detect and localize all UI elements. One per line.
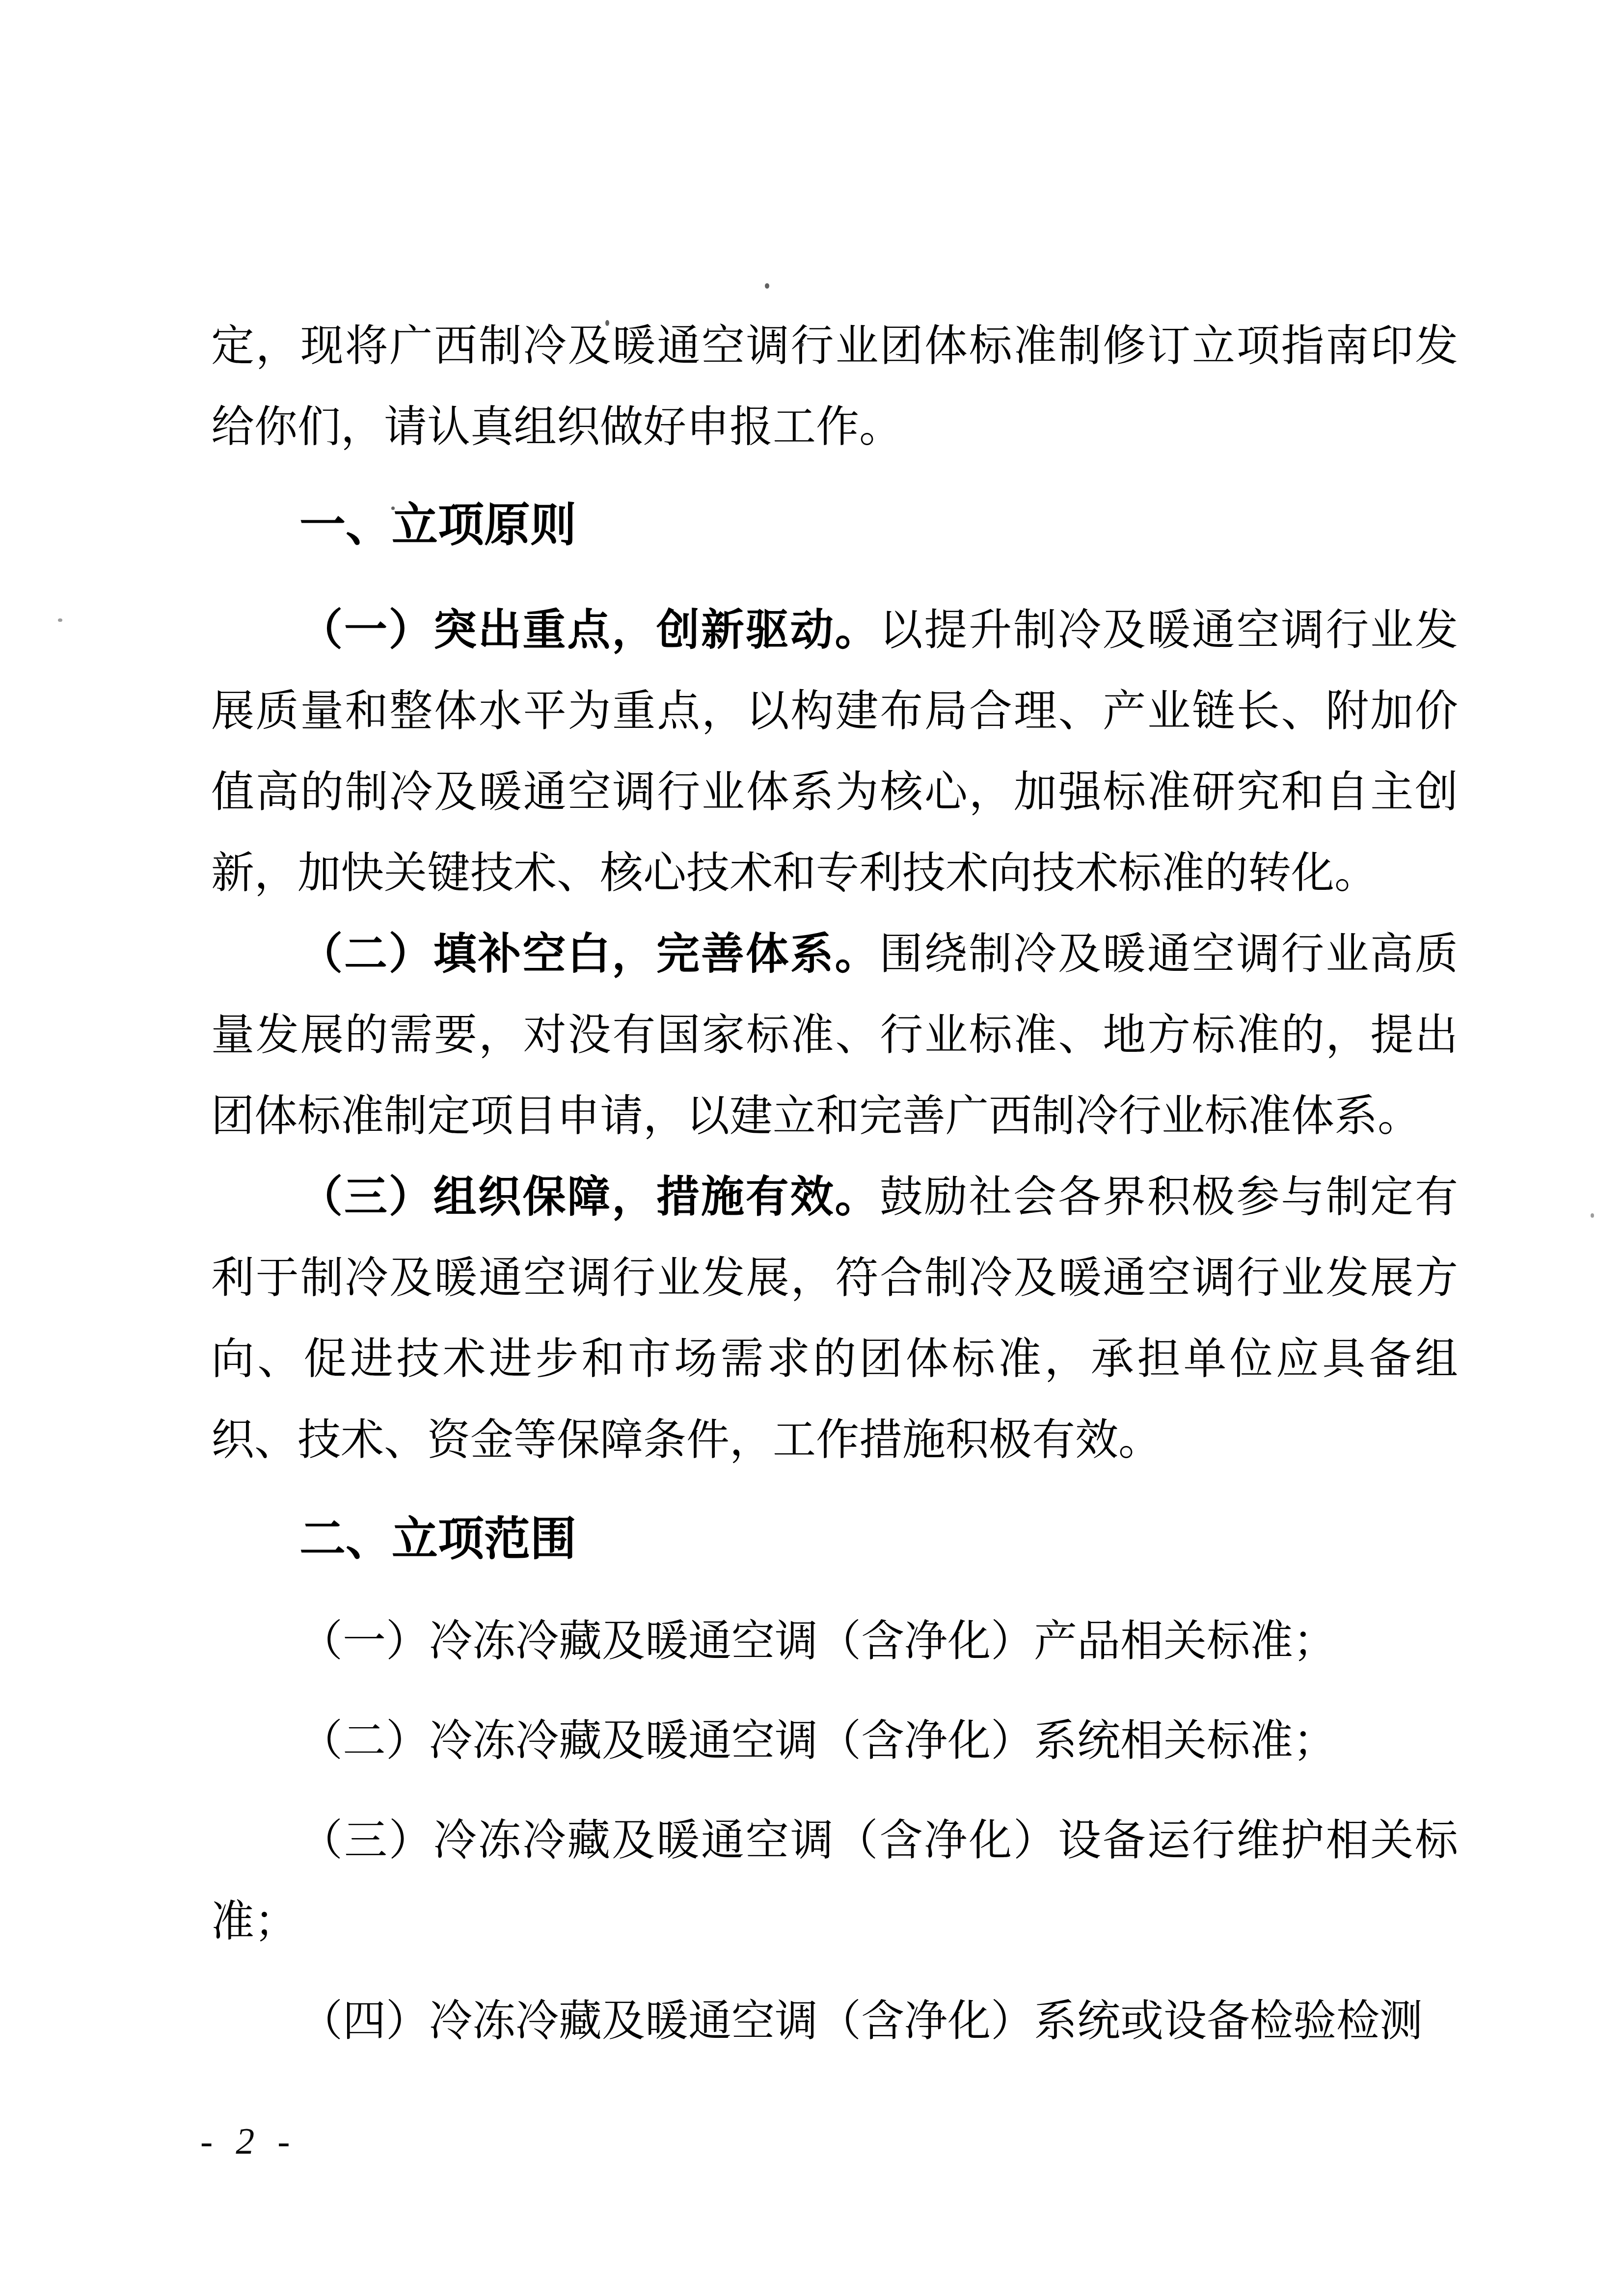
scanned-document-page: 定，现将广西制冷及暖通空调行业团体标准制修订立项指南印发给你们，请认真组织做好申… — [0, 0, 1623, 2296]
scan-speck — [1591, 1213, 1594, 1218]
paragraph-lead: （二）填补空白，完善体系。 — [299, 931, 879, 978]
scan-speck — [765, 283, 769, 289]
intro-paragraph: 定，现将广西制冷及暖通空调行业团体标准制修订立项指南印发给你们，请认真组织做好申… — [211, 306, 1458, 468]
paragraph-principle-2: （二）填补空白，完善体系。围绕制冷及暖通空调行业高质量发展的需要，对没有国家标准… — [211, 914, 1458, 1157]
paragraph-principle-3: （三）组织保障，措施有效。鼓励社会各界积极参与制定有利于制冷及暖通空调行业发展，… — [211, 1157, 1458, 1481]
scope-item-2: （二）冷冻冷藏及暖通空调（含净化）系统相关标准； — [211, 1701, 1458, 1782]
section-heading-2: 二、立项范围 — [299, 1498, 1458, 1579]
scope-item-4: （四）冷冻冷藏及暖通空调（含净化）系统或设备检验检测 — [211, 1981, 1458, 2062]
paragraph-lead: （三）组织保障，措施有效。 — [299, 1174, 879, 1221]
scope-item-1: （一）冷冻冷藏及暖通空调（含净化）产品相关标准； — [211, 1601, 1458, 1682]
scope-item-3: （三）冷冻冷藏及暖通空调（含净化）设备运行维护相关标准； — [211, 1800, 1458, 1962]
scan-speck — [58, 618, 62, 622]
paragraph-principle-1: （一）突出重点，创新驱动。以提升制冷及暖通空调行业发展质量和整体水平为重点，以构… — [211, 590, 1458, 914]
scan-speck — [605, 320, 609, 326]
scan-speck — [799, 343, 804, 347]
section-heading-1: 一、立项原则 — [299, 484, 1458, 565]
paragraph-lead: （一）突出重点，创新驱动。 — [299, 607, 879, 654]
scan-speck — [391, 507, 395, 510]
document-content: 定，现将广西制冷及暖通空调行业团体标准制修订立项指南印发给你们，请认真组织做好申… — [211, 306, 1458, 2062]
page-number: - 2 - — [200, 2119, 297, 2163]
